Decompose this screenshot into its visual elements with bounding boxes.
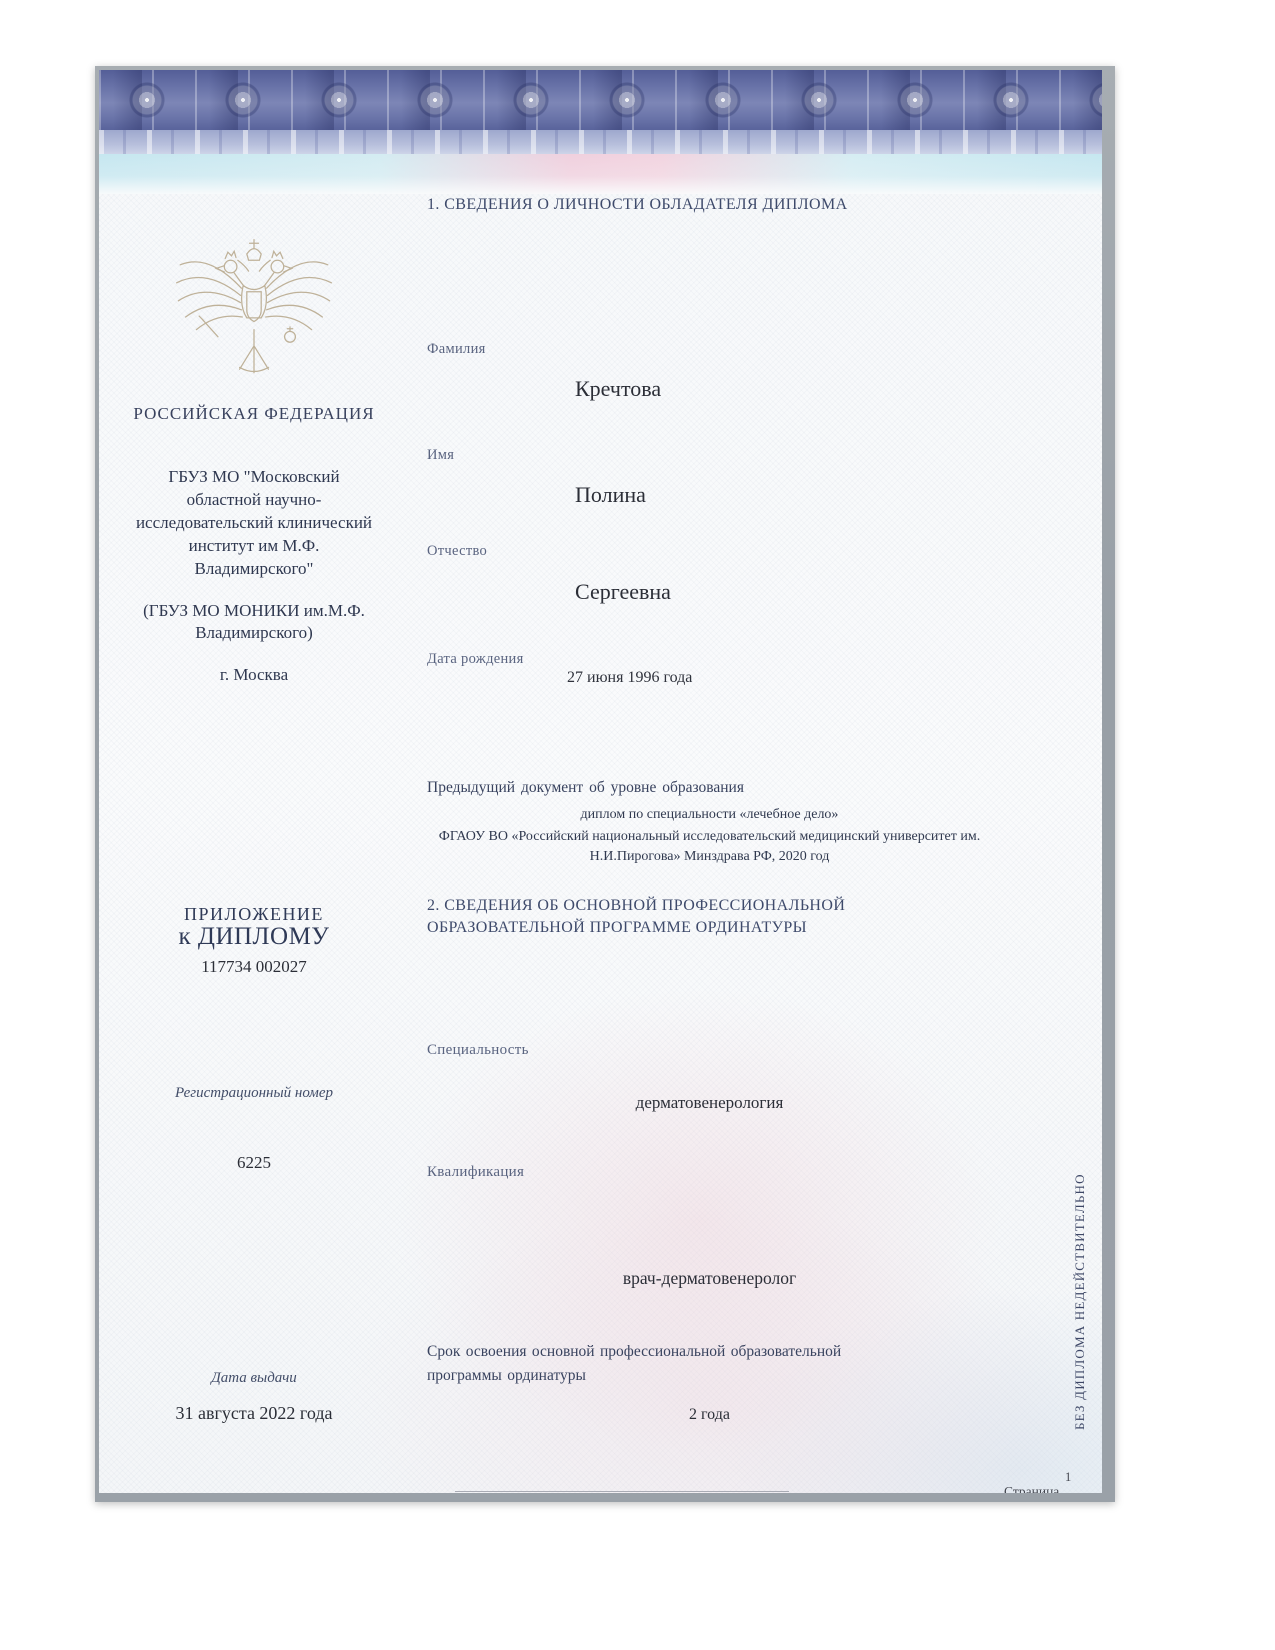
registration-number: 6225 — [109, 1153, 399, 1173]
institution-short-name: (ГБУЗ МО МОНИКИ им.М.Ф. Владимирского) — [124, 600, 384, 644]
patronymic-value: Сергеевна — [575, 579, 671, 605]
country-title: РОССИЙСКАЯ ФЕДЕРАЦИЯ — [109, 403, 399, 424]
surname-label: Фамилия — [427, 341, 486, 358]
page-number: 1 — [1065, 1470, 1071, 1485]
guilloche-border — [99, 70, 1102, 130]
name-value: Полина — [575, 482, 646, 508]
birthdate-value: 27 июня 1996 года — [567, 669, 692, 687]
registration-number-label: Регистрационный номер — [109, 1085, 399, 1102]
page-label: Страница — [1004, 1484, 1059, 1493]
border-transition-band — [99, 130, 1102, 154]
without-diploma-invalid-note: БЕЗ ДИПЛОМА НЕДЕЙСТВИТЕЛЬНО — [1072, 1180, 1090, 1430]
supplement-title: ПРИЛОЖЕНИЕ — [109, 904, 399, 925]
previous-document-university: ФГАОУ ВО «Российский национальный исслед… — [427, 827, 992, 867]
issue-date-label: Дата выдачи — [109, 1370, 399, 1387]
specialty-label: Специальность — [427, 1042, 529, 1059]
watermark-wave-band — [99, 154, 1102, 194]
patronymic-label: Отчество — [427, 543, 487, 560]
specialty-value: дерматовенерология — [427, 1093, 992, 1113]
footer-rule — [455, 1491, 789, 1492]
scanned-sheet: РОССИЙСКАЯ ФЕДЕРАЦИЯ ГБУЗ МО "Московский… — [95, 66, 1115, 1502]
institution-city: г. Москва — [109, 665, 399, 685]
previous-document-specialty: диплом по специальности «лечебное дело» — [427, 807, 992, 823]
diploma-supplement-page: РОССИЙСКАЯ ФЕДЕРАЦИЯ ГБУЗ МО "Московский… — [99, 70, 1102, 1493]
surname-value: Кречтова — [575, 376, 661, 402]
section2-title: 2. СВЕДЕНИЯ ОБ ОСНОВНОЙ ПРОФЕССИОНАЛЬНОЙ… — [427, 895, 882, 939]
institution-name: ГБУЗ МО "Московский областной научно-исс… — [134, 465, 374, 580]
qualification-value: врач-дерматовенеролог — [427, 1268, 992, 1289]
birthdate-label: Дата рождения — [427, 651, 524, 668]
coat-of-arms-eagle-icon — [164, 230, 344, 395]
duration-label: Срок освоения основной профессиональной … — [427, 1340, 907, 1388]
previous-document-label: Предыдущий документ об уровне образовани… — [427, 779, 744, 797]
issue-date: 31 августа 2022 года — [109, 1403, 399, 1424]
name-label: Имя — [427, 447, 454, 464]
diploma-form-number: 117734 002027 — [109, 957, 399, 977]
qualification-label: Квалификация — [427, 1164, 524, 1181]
to-diploma-title: к ДИПЛОМУ — [109, 923, 399, 951]
section1-title: 1. СВЕДЕНИЯ О ЛИЧНОСТИ ОБЛАДАТЕЛЯ ДИПЛОМ… — [427, 194, 947, 216]
duration-value: 2 года — [427, 1406, 992, 1424]
